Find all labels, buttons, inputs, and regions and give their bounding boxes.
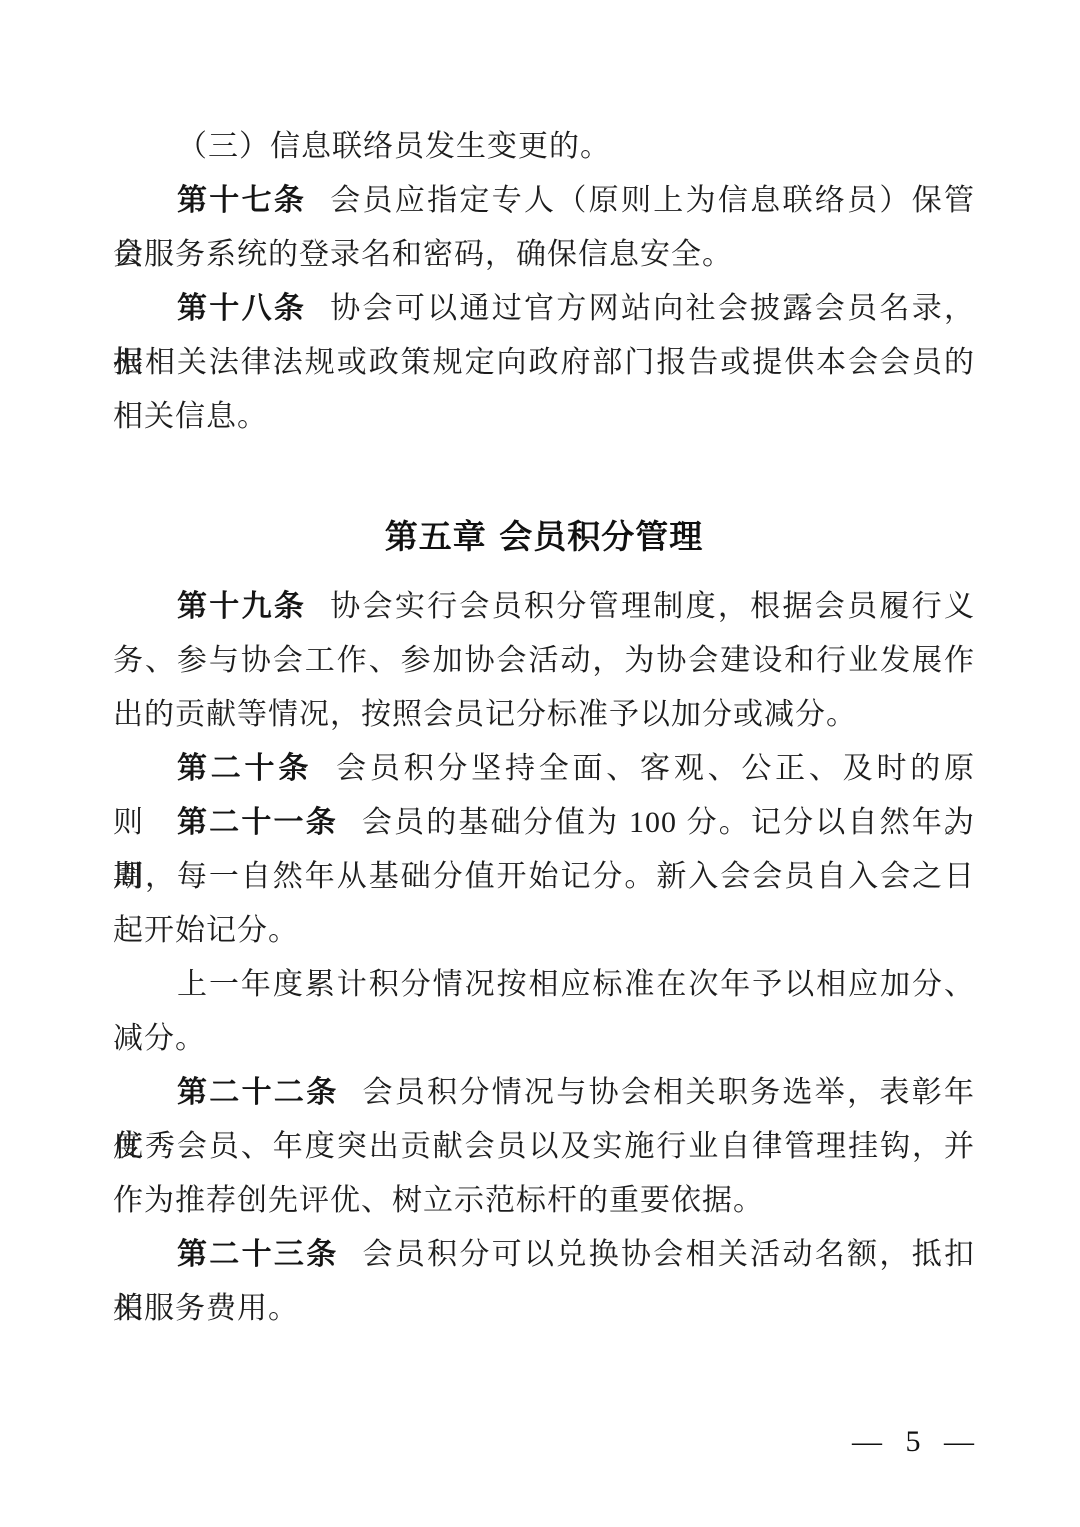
article-line: 第二十条会员积分坚持全面、客观、公正、及时的原则。 (113, 742, 975, 796)
text-line: 关服务费用。 (113, 1282, 975, 1336)
article-line: 第十八条协会可以通过官方网站向社会披露会员名录，根 (113, 282, 975, 336)
text-line: 起开始记分。 (113, 904, 975, 958)
text-line: 上一年度累计积分情况按相应标准在次年予以相应加分、 (113, 958, 975, 1012)
text-line: 优秀会员、年度突出贡献会员以及实施行业自律管理挂钩，并 (113, 1120, 975, 1174)
line-text: 相关信息。 (113, 400, 268, 433)
line-text: 据相关法律法规或政策规定向政府部门报告或提供本会会员的 (113, 346, 975, 379)
article-line: 第十七条会员应指定专人（原则上为信息联络员）保管会 (113, 174, 975, 228)
text-line: 相关信息。 (113, 390, 975, 444)
article-number: 第二十二条 (177, 1076, 339, 1109)
text-line: 员服务系统的登录名和密码，确保信息安全。 (113, 228, 975, 282)
line-text: 协会实行会员积分管理制度，根据会员履行义 (330, 590, 975, 623)
article-number: 第二十一条 (177, 806, 338, 839)
article-number: 第十七条 (177, 184, 306, 217)
line-text: 起开始记分。 (113, 914, 299, 947)
document-content: （三）信息联络员发生变更的。第十七条会员应指定专人（原则上为信息联络员）保管会员… (113, 120, 975, 1336)
chapter-heading: 第五章 会员积分管理 (113, 510, 975, 564)
article-line: 第十九条协会实行会员积分管理制度，根据会员履行义 (113, 580, 975, 634)
line-text: 出的贡献等情况，按照会员记分标准予以加分或减分。 (113, 698, 857, 731)
line-text: 员服务系统的登录名和密码，确保信息安全。 (113, 238, 733, 271)
text-block-top: （三）信息联络员发生变更的。第十七条会员应指定专人（原则上为信息联络员）保管会员… (113, 120, 975, 444)
line-text: 上一年度累计积分情况按相应标准在次年予以相应加分、 (177, 968, 975, 1001)
text-line: 务、参与协会工作、参加协会活动，为协会建设和行业发展作 (113, 634, 975, 688)
line-text: 作为推荐创先评优、树立示范标杆的重要依据。 (113, 1184, 764, 1217)
document-page: （三）信息联络员发生变更的。第十七条会员应指定专人（原则上为信息联络员）保管会员… (0, 0, 1080, 1527)
article-line: 第二十二条会员积分情况与协会相关职务选举，表彰年度 (113, 1066, 975, 1120)
article-number: 第二十三条 (177, 1238, 339, 1271)
text-line: 据相关法律法规或政策规定向政府部门报告或提供本会会员的 (113, 336, 975, 390)
line-text: 务、参与协会工作、参加协会活动，为协会建设和行业发展作 (113, 644, 975, 677)
text-line: 减分。 (113, 1012, 975, 1066)
text-line: （三）信息联络员发生变更的。 (113, 120, 975, 174)
text-line: 出的贡献等情况，按照会员记分标准予以加分或减分。 (113, 688, 975, 742)
line-text: 减分。 (113, 1022, 206, 1055)
text-line: 期，每一自然年从基础分值开始记分。新入会会员自入会之日 (113, 850, 975, 904)
line-text: 优秀会员、年度突出贡献会员以及实施行业自律管理挂钩，并 (113, 1130, 975, 1163)
line-text: 期，每一自然年从基础分值开始记分。新入会会员自入会之日 (113, 860, 975, 893)
line-text: 关服务费用。 (113, 1292, 299, 1325)
article-line: 第二十一条会员的基础分值为 100 分。记分以自然年为周 (113, 796, 975, 850)
line-text: （三）信息联络员发生变更的。 (177, 130, 611, 163)
text-line: 作为推荐创先评优、树立示范标杆的重要依据。 (113, 1174, 975, 1228)
page-number: — 5 — (852, 1418, 977, 1466)
article-number: 第十九条 (177, 590, 306, 623)
article-line: 第二十三条会员积分可以兑换协会相关活动名额，抵扣相 (113, 1228, 975, 1282)
article-number: 第二十条 (177, 752, 312, 785)
article-number: 第十八条 (177, 292, 306, 325)
text-block-bottom: 第十九条协会实行会员积分管理制度，根据会员履行义务、参与协会工作、参加协会活动，… (113, 580, 975, 1336)
